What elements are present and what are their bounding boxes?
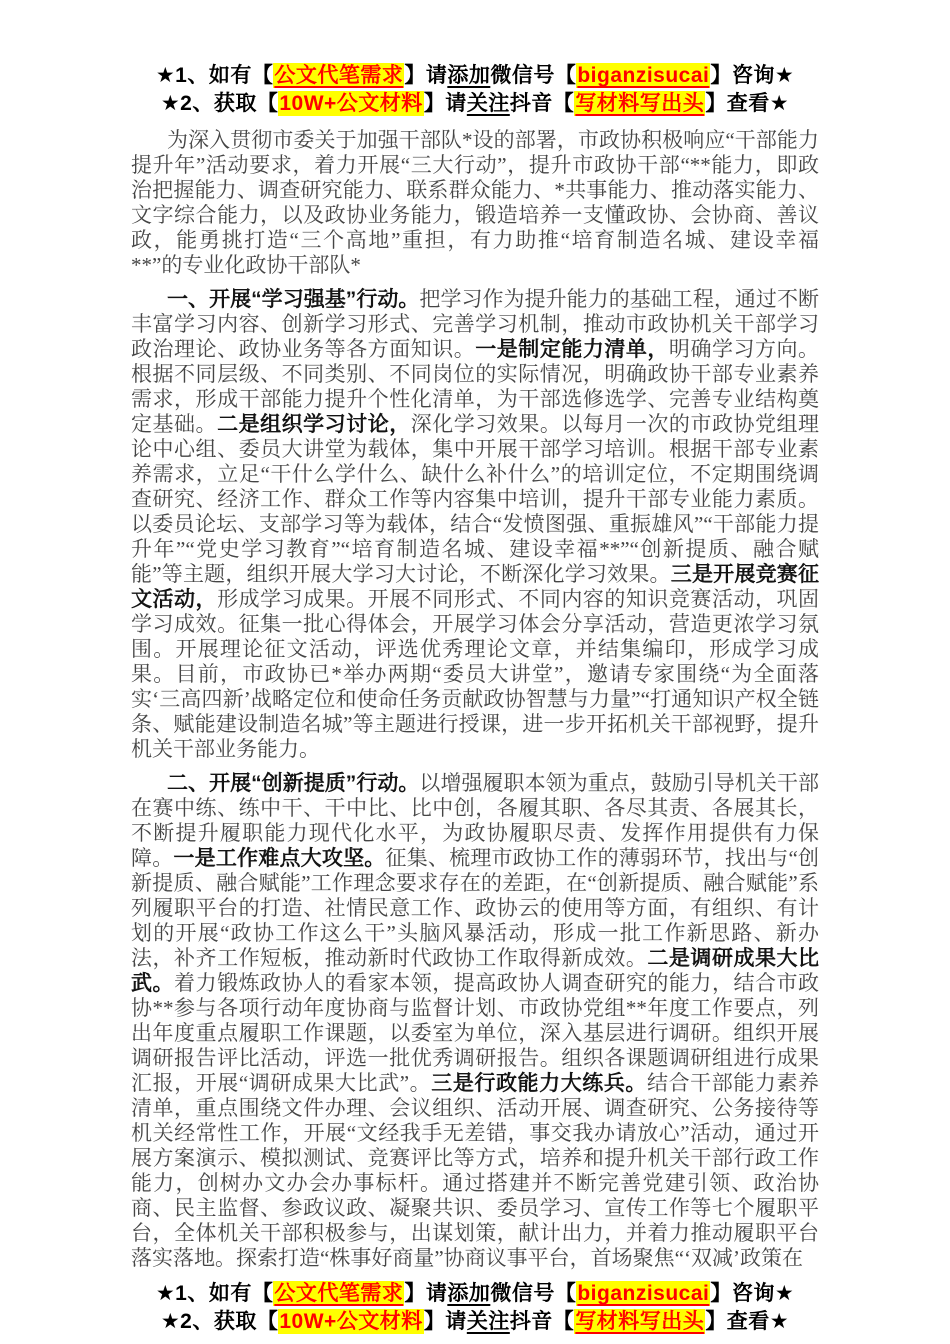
bold-text-run: 抖音【 [510,1310,575,1333]
promo-banner-line: ★1、如有【公文代笔需求】请添加微信号【biganzisucai】咨询★ [0,1280,950,1308]
bold-text-run: 】咨询★ [710,1282,794,1305]
promo-banner-line: ★1、如有【公文代笔需求】请添加微信号【biganzisucai】咨询★ [0,62,950,90]
bold-text-run: 一是制定能力清单， [475,338,669,361]
text-run: 关注 [467,92,510,115]
text-run: 为深入贯彻市委关于加强干部队*设的部署，市政协积极响应“干部能力提升年”活动要求… [131,128,819,277]
document-body: 为深入贯彻市委关于加强干部队*设的部署，市政协积极响应“干部能力提升年”活动要求… [131,128,819,1271]
bold-text-run: ★1、如有【 [156,1282,274,1305]
bold-text-run: 】查看★ [705,1310,789,1333]
bold-text-run: 】请 [424,92,467,115]
bold-text-run: 一、开展“学习强基”行动。 [167,288,419,311]
bold-text-run: 二是组织学习讨论， [217,413,411,436]
bold-text-run: 一是工作难点大攻坚。 [173,847,385,870]
bold-text-run: 】请 [424,1310,467,1333]
body-paragraph: 一、开展“学习强基”行动。把学习作为提升能力的基础工程，通过不断丰富学习内容、创… [131,287,819,762]
highlighted-text-run: 10W+公文材料 [278,91,423,116]
bold-text-run: 微信号【 [490,64,576,87]
highlighted-text-run: 公文代笔需求 [273,63,404,88]
bold-text-run: 二、开展“创新提质”行动。 [167,772,419,795]
document-page: ★1、如有【公文代笔需求】请添加微信号【biganzisucai】咨询★★2、获… [0,0,950,1344]
bold-text-run: 】咨询★ [710,64,794,87]
bold-text-run: 】请 [404,64,447,87]
highlighted-text-run: 写材料写出头 [574,1309,705,1334]
promo-banner-line: ★2、获取【10W+公文材料】请关注抖音【写材料写出头】查看★ [0,1308,950,1336]
highlighted-text-run: 10W+公文材料 [278,1309,423,1334]
promo-banner-top: ★1、如有【公文代笔需求】请添加微信号【biganzisucai】咨询★★2、获… [0,62,950,118]
bold-text-run: ★1、如有【 [156,64,274,87]
bold-text-run: 】查看★ [705,92,789,115]
text-run: 添加 [447,64,490,87]
bold-text-run: 抖音【 [510,92,575,115]
text-run: 形成学习成果。开展不同形式、不同内容的知识竞赛活动，巩固学习成效。征集一批心得体… [131,587,819,761]
highlighted-text-run: biganzisucai [576,63,710,88]
text-run: 关注 [467,1310,510,1333]
highlighted-text-run: 写材料写出头 [574,91,705,116]
bold-text-run: 】请 [404,1282,447,1305]
body-paragraph: 二、开展“创新提质”行动。以增强履职本领为重点，鼓励引导机关干部在赛中练、练中干… [131,771,819,1271]
highlighted-text-run: 公文代笔需求 [273,1281,404,1306]
highlighted-text-run: biganzisucai [576,1281,710,1306]
text-run: 添加 [447,1282,490,1305]
text-run: 深化学习效果。以每月一次的市政协党组理论中心组、委员大讲堂为载体，集中开展干部学… [131,412,819,586]
body-paragraph: 为深入贯彻市委关于加强干部队*设的部署，市政协积极响应“干部能力提升年”活动要求… [131,128,819,278]
promo-banner-line: ★2、获取【10W+公文材料】请关注抖音【写材料写出头】查看★ [0,90,950,118]
promo-banner-bottom: ★1、如有【公文代笔需求】请添加微信号【biganzisucai】咨询★★2、获… [0,1280,950,1336]
text-run: 结合干部能力素养清单，重点围绕文件办理、会议组织、活动开展、调查研究、公务接待等… [131,1071,819,1270]
bold-text-run: 微信号【 [490,1282,576,1305]
bold-text-run: 三是行政能力大练兵。 [431,1072,647,1095]
bold-text-run: ★2、获取【 [161,92,279,115]
bold-text-run: ★2、获取【 [161,1310,279,1333]
